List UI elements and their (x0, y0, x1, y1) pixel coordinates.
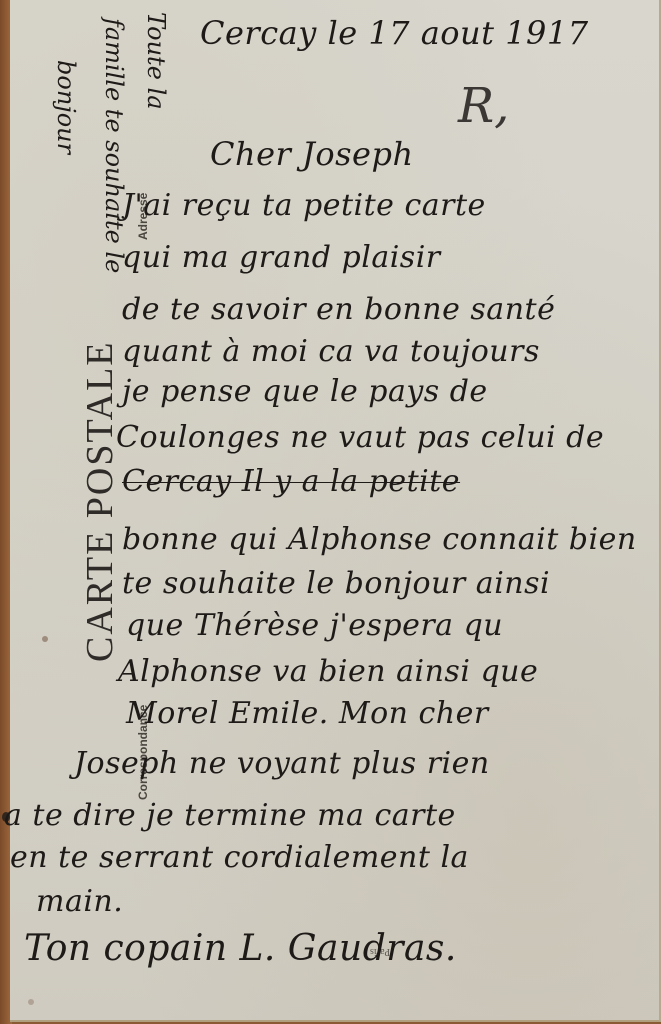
signature: Ton copain L. Gaudras. (24, 928, 457, 969)
body-line: Coulonges ne vaut pas celui de (116, 420, 604, 455)
stain (2, 812, 10, 822)
stain (28, 999, 34, 1005)
body-line: Morel Emile. Mon cher (126, 696, 489, 731)
body-line: J'ai reçu ta petite carte (122, 188, 486, 223)
carte-postale-heading: CARTE POSTALE (78, 340, 122, 662)
margin-note-line-2: famille te souhaite le (100, 18, 128, 273)
greeting: Cher Joseph (210, 135, 414, 173)
body-line: a te dire je termine ma carte (4, 798, 456, 833)
margin-note-line-1: Toute la (142, 12, 170, 110)
body-line: bonne qui Alphonse connait bien (122, 522, 637, 557)
body-line: Alphonse va bien ainsi que (118, 654, 538, 689)
body-line: qui ma grand plaisir (122, 240, 441, 275)
body-line: en te serrant cordialement la (10, 840, 469, 875)
body-line: Joseph ne voyant plus rien (74, 746, 490, 781)
body-line-struck: Cercay Il y a la petite (122, 464, 460, 499)
body-line: te souhaite le bonjour ainsi (122, 566, 550, 601)
body-line: que Thérèse j'espera qu (126, 608, 503, 643)
stain (42, 636, 48, 642)
body-line: quant à moi ca va toujours (122, 334, 540, 369)
body-line: je pense que le pays de (122, 374, 488, 409)
body-line: de te savoir en bonne santé (122, 292, 555, 327)
postcard: CARTE POSTALE Adresse Correspondance Par… (10, 0, 661, 1022)
place-date: Cercay le 17 aout 1917 (200, 14, 589, 52)
margin-note-line-3: bonjour (52, 60, 80, 154)
body-line: main. (36, 884, 123, 919)
initial-mark: R, (458, 78, 509, 134)
